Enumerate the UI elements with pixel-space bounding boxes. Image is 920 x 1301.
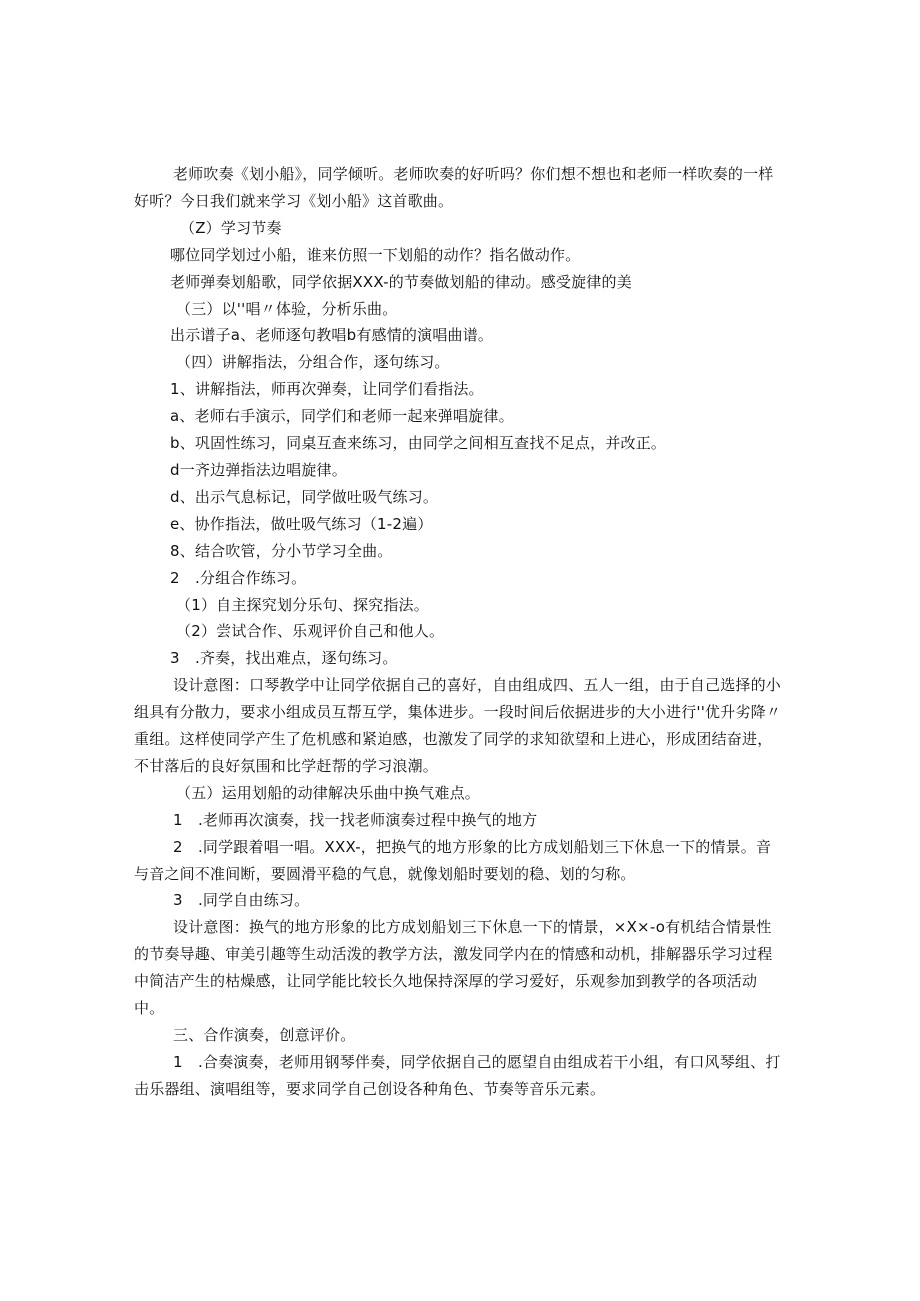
list-item: b、巩固性练习，同桌互查来练习，由同学之间相互查找不足点，并改正。: [134, 430, 784, 457]
list-item: e、协作指法，做吐吸气练习（1-2遍）: [134, 511, 784, 538]
list-item: 8、结合吹管，分小节学习全曲。: [134, 538, 784, 565]
section-heading-ensemble: 三、合作演奏，创意评价。: [134, 1022, 784, 1049]
intro-paragraph: 老师吹奏《划小船》，同学倾听。老师吹奏的好听吗？你们想不想也和老师一样吹奏的一样…: [134, 161, 784, 215]
document-page: 老师吹奏《划小船》，同学倾听。老师吹奏的好听吗？你们想不想也和老师一样吹奏的一样…: [0, 0, 920, 1301]
numbered-item: 3 .同学自由练习。: [134, 887, 784, 914]
list-item: 1、讲解指法，师再次弹奏，让同学们看指法。: [134, 376, 784, 403]
numbered-item: 3 .齐奏，找出难点，逐句练习。: [134, 645, 784, 672]
section-heading-breathing: （五）运用划船的动律解决乐曲中换气难点。: [134, 780, 784, 807]
numbered-item: 1 .合奏演奏，老师用钢琴伴奏，同学依据自己的愿望自由组成若干小组，有口风琴组、…: [134, 1049, 784, 1103]
paragraph: 老师弹奏划船歌，同学依据XXX-的节奏做划船的律动。感受旋律的美: [134, 269, 784, 296]
list-item: d一齐边弹指法边唱旋律。: [134, 457, 784, 484]
design-intent-paragraph: 设计意图：口琴教学中让同学依据自己的喜好，自由组成四、五人一组，由于自己选择的小…: [134, 672, 784, 780]
section-heading-rhythm: （Z）学习节奏: [134, 215, 784, 242]
sub-item: （2）尝试合作、乐观评价自己和他人。: [134, 618, 784, 645]
section-heading-fingering: （四）讲解指法，分组合作，逐句练习。: [134, 349, 784, 376]
sub-item: （1）自主探究划分乐句、探究指法。: [134, 592, 784, 619]
paragraph: 哪位同学划过小船，谁来仿照一下划船的动作？指名做动作。: [134, 242, 784, 269]
numbered-item: 2 .分组合作练习。: [134, 565, 784, 592]
document-body: 老师吹奏《划小船》，同学倾听。老师吹奏的好听吗？你们想不想也和老师一样吹奏的一样…: [134, 161, 784, 1103]
section-heading-singing: （三）以''唱〃体验，分析乐曲。: [134, 296, 784, 323]
numbered-item: 2 .同学跟着唱一唱。XXX-，把换气的地方形象的比方成划船划三下休息一下的情景…: [134, 834, 784, 888]
list-item: d、出示气息标记，同学做吐吸气练习。: [134, 484, 784, 511]
numbered-item: 1 .老师再次演奏，找一找老师演奏过程中换气的地方: [134, 807, 784, 834]
design-intent-paragraph: 设计意图：换气的地方形象的比方成划船划三下休息一下的情景，×X×-o有机结合情景…: [134, 914, 784, 1022]
paragraph: 出示谱子a、老师逐句教唱b有感情的演唱曲谱。: [134, 322, 784, 349]
list-item: a、老师右手演示，同学们和老师一起来弹唱旋律。: [134, 403, 784, 430]
